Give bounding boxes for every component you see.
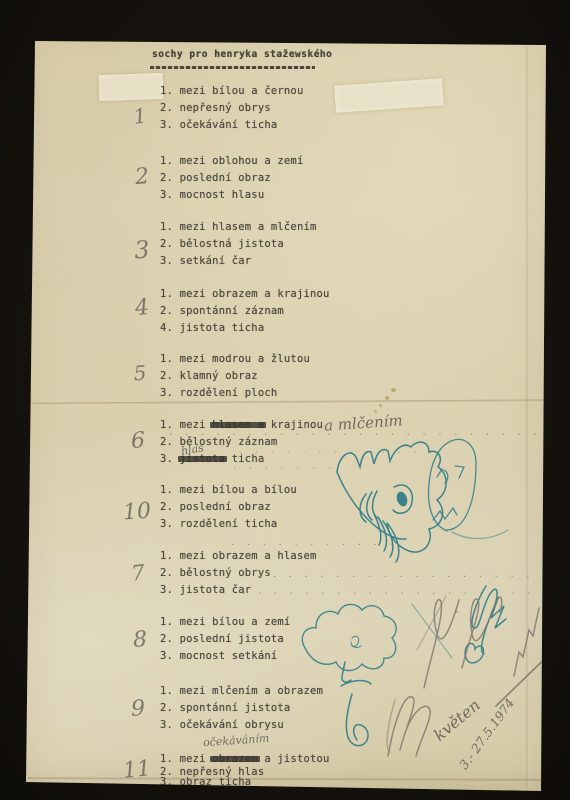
typed-line: 3. očekávání obrysu	[160, 719, 284, 731]
typed-line: 2. klamný obraz	[160, 370, 258, 382]
typed-line: 1. mezi obrazem a jistotou	[160, 753, 330, 765]
tape-strip-left	[99, 73, 164, 101]
typed-line: 1. mezi bílou a černou	[160, 85, 303, 97]
typed-line: 2. poslední jistota	[160, 633, 284, 645]
signature-pencil	[387, 597, 560, 756]
stain-dot	[385, 396, 389, 400]
margin-number: 9	[131, 696, 146, 721]
margin-number: 7	[130, 560, 146, 585]
typed-line: 1. mezi bílou a zemí	[160, 616, 290, 628]
fold-crease-horizontal	[28, 399, 544, 405]
typed-line: 4. jistota ticha	[160, 322, 264, 334]
title-underline	[150, 66, 315, 69]
margin-number: 5	[133, 360, 148, 385]
typed-line: 1. mezi obrazem a krajinou	[160, 288, 330, 300]
cloud-doodle	[302, 604, 396, 670]
typed-line: 2. nepřesný obrys	[160, 102, 271, 114]
stain-dot	[391, 388, 396, 392]
margin-number: 10	[122, 499, 152, 526]
photo-background: sochy pro henryka stažewského 11. mezi b…	[0, 0, 570, 800]
typed-line: 1. mezi hlasem a mlčením	[160, 221, 317, 233]
fold-crease-bottom	[28, 777, 543, 781]
typed-dots-row: . . . . . . . . . . . . .	[238, 446, 436, 456]
margin-number: 4	[134, 295, 151, 321]
typed-line: 3. mocnost hlasu	[160, 189, 264, 201]
typed-line: 2. spontánní záznam	[160, 305, 284, 317]
typed-dots-row: . . . . . . . . . . . . . . . . . . . . …	[256, 570, 570, 580]
typed-line: 1. mezi mlčením a obrazem	[160, 685, 323, 697]
typed-line: 2. poslední obraz	[160, 172, 271, 184]
stain-dot	[455, 610, 458, 613]
typed-line: 1. mezi obrazem a hlasem	[160, 550, 317, 562]
typed-dots-row: . . . . . . .	[232, 462, 335, 472]
typed-line: 3. mocnost setkání	[160, 650, 277, 662]
typed-line: 2. poslední obraz	[160, 501, 271, 513]
margin-number: 11	[122, 756, 152, 784]
stain-dot	[379, 404, 382, 407]
margin-number: 2	[134, 164, 150, 190]
typed-line: 1. mezi bílou a bílou	[160, 484, 297, 496]
typed-line: 2. spontánní jistota	[160, 702, 290, 714]
typed-line: 3. očekávání ticha	[160, 119, 277, 131]
typed-line: 3. obraz ticha	[160, 776, 251, 788]
margin-number: 1	[132, 103, 148, 129]
typed-line: 3. rozdělení ticha	[160, 518, 277, 530]
balloon-face-doodle	[429, 439, 508, 538]
margin-number: 6	[130, 428, 145, 454]
typed-line: 1. mezi oblohou a zemí	[160, 155, 303, 167]
stain-dot	[374, 410, 377, 413]
typed-dots-row: . . . . . . . . . . . . . . . . . . . . …	[241, 587, 570, 597]
fold-crease-vertical	[526, 46, 530, 788]
margin-number: 8	[132, 627, 147, 653]
document-title: sochy pro henryka stažewského	[152, 49, 332, 60]
handwritten-correction-ocekavanim: očekáváním	[203, 732, 270, 750]
paper-sheet: sochy pro henryka stažewského 11. mezi b…	[0, 0, 570, 800]
typed-line: 1. mezi modrou a žlutou	[160, 353, 310, 365]
typed-line: 3. jistota čar	[160, 584, 251, 596]
typed-line: 2. bělostná jistota	[160, 238, 284, 250]
signature-ink	[341, 586, 506, 746]
stray-lines	[412, 596, 452, 658]
typed-line: 3. rozdělení ploch	[160, 387, 277, 399]
typed-line: 3. setkání čar	[160, 255, 251, 267]
typed-line: 2. bělostný obrys	[160, 567, 271, 579]
struck-word: obrazem	[212, 753, 258, 765]
typed-dots-row: . . . . . . . . . . .	[230, 538, 396, 548]
margin-number: 3	[133, 236, 150, 265]
tape-strip-right	[334, 78, 444, 112]
